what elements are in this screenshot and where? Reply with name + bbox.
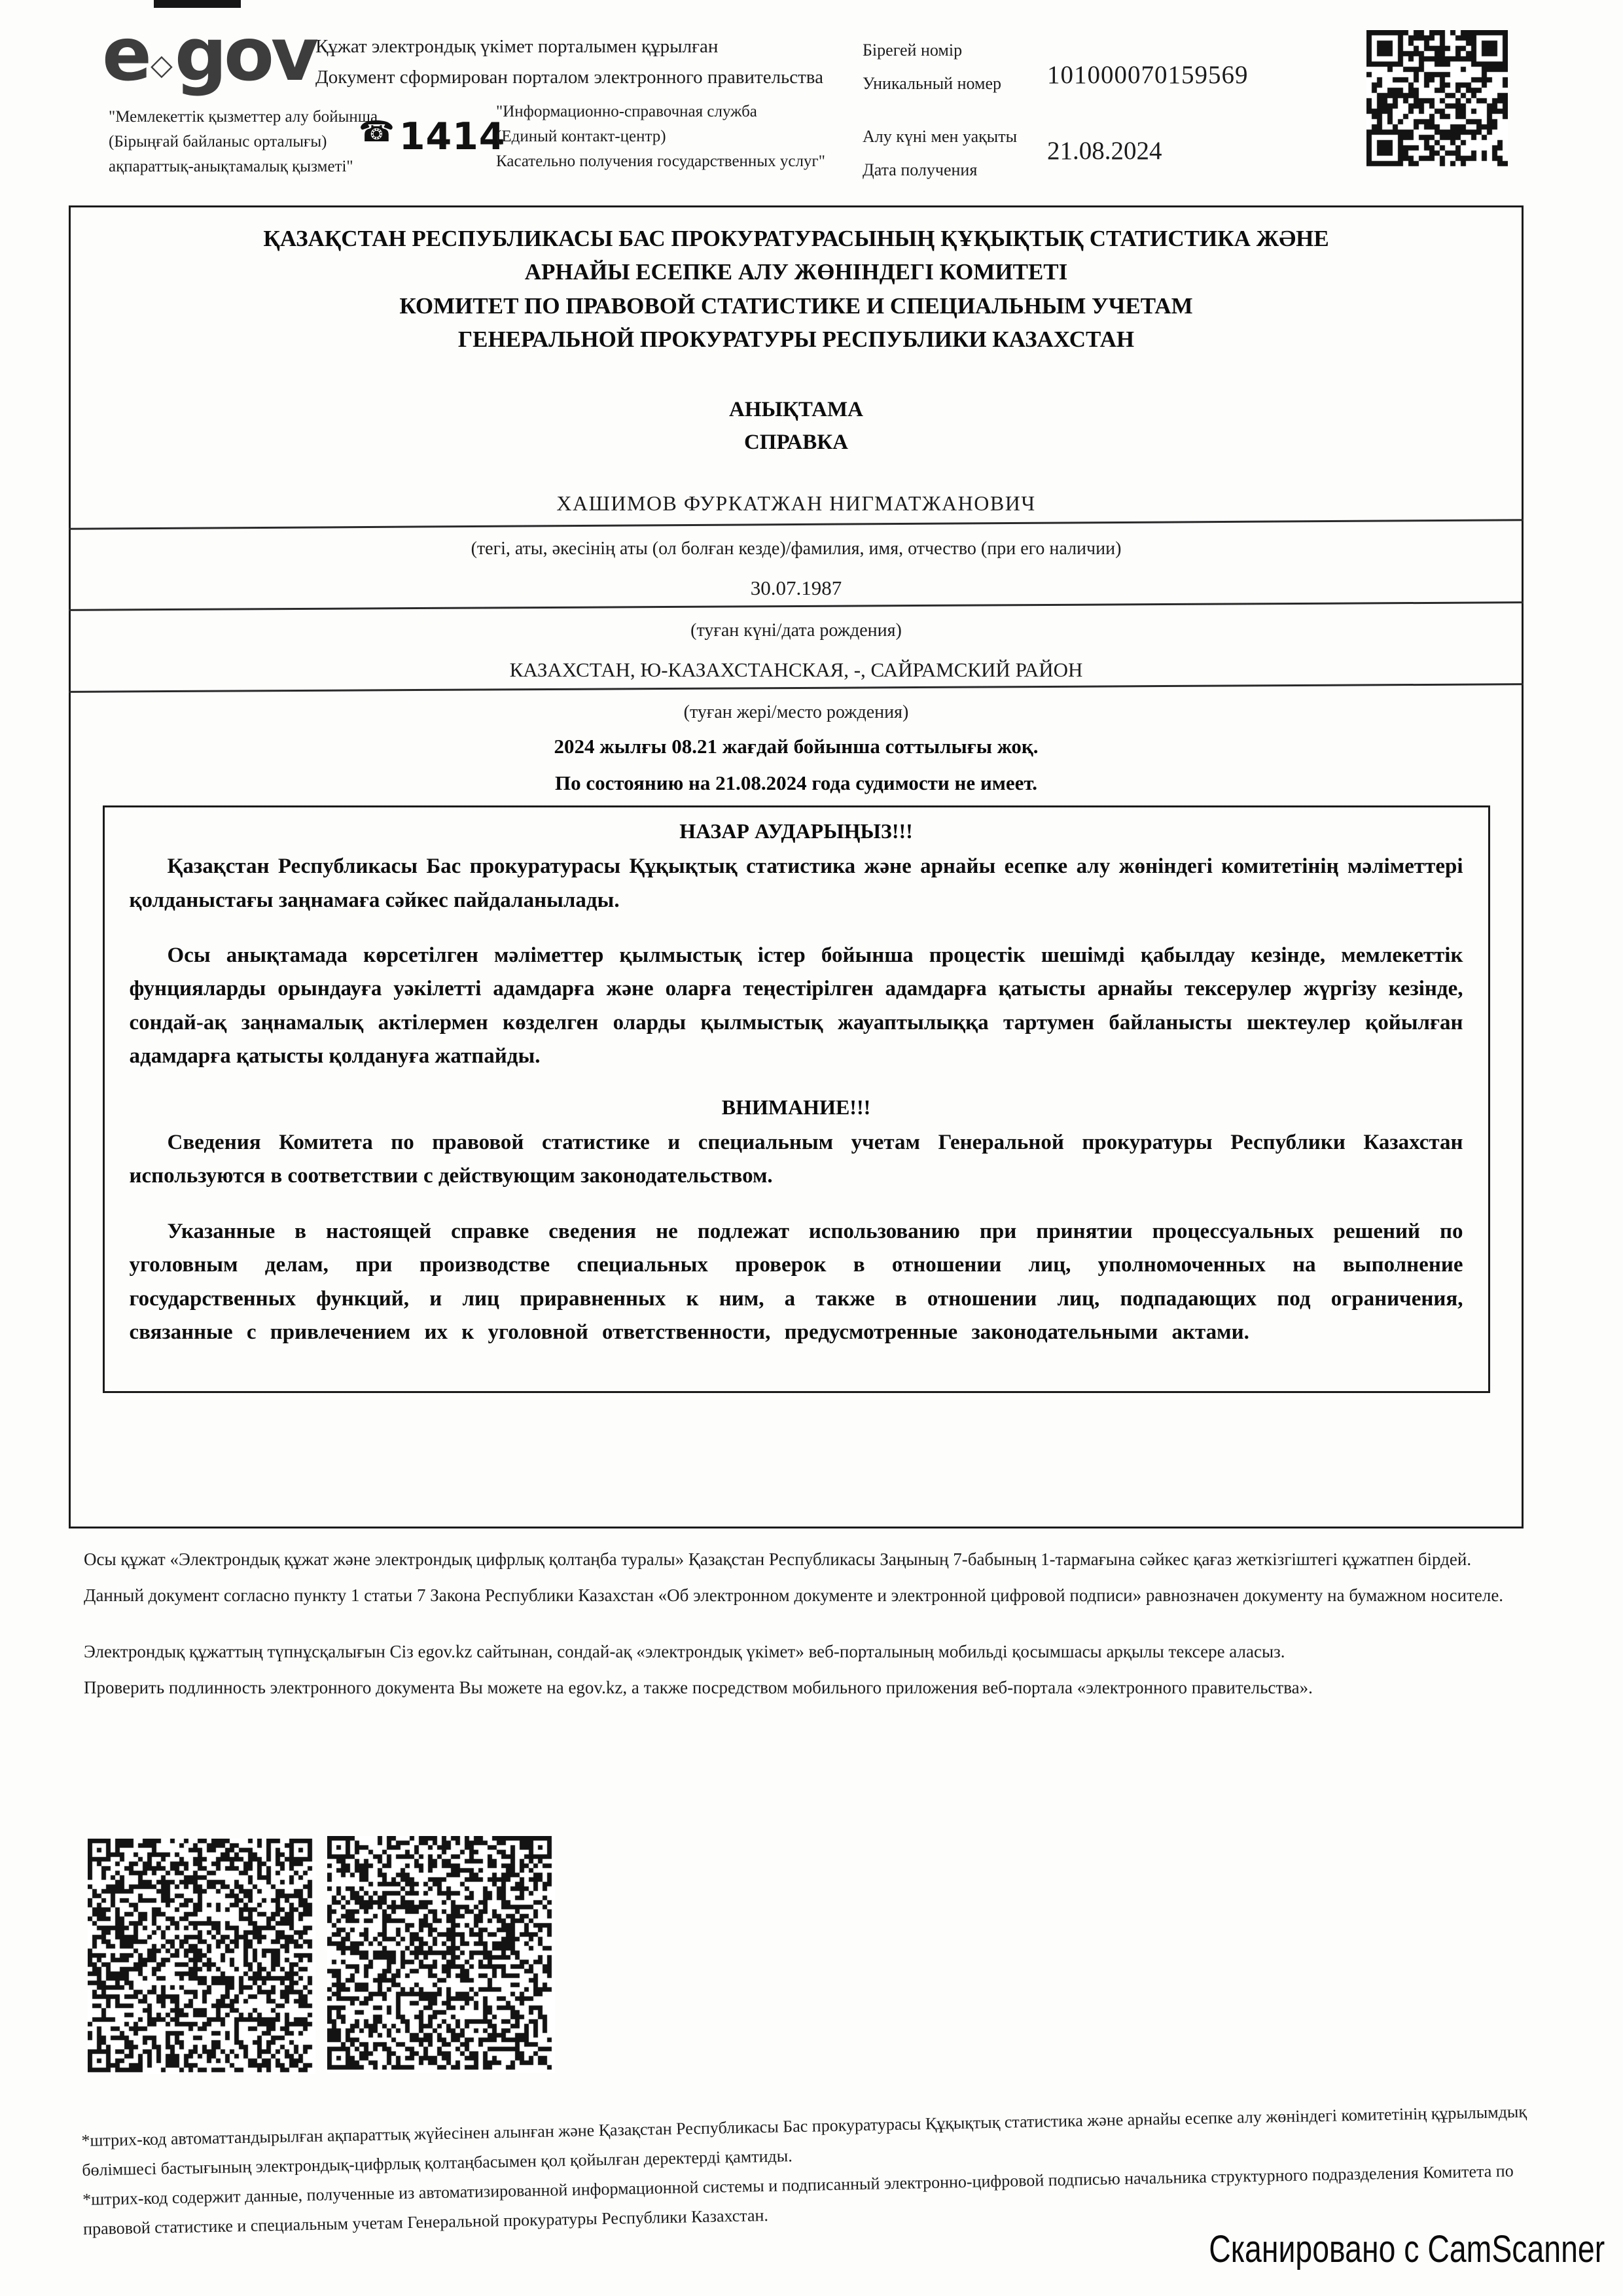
attention-paragraph-kk-1: Қазақстан Республикасы Бас прокуратурасы…: [130, 850, 1463, 917]
separator-rule: [69, 601, 1524, 611]
legal-verify-kk: Электрондық құжаттың түпнұсқалығын Сіз e…: [84, 1638, 1542, 1666]
attention-paragraph-ru-1: Сведения Комитета по правовой статистике…: [130, 1126, 1463, 1193]
receive-date-label: Алу күні мен уақыты Дата получения: [863, 120, 1017, 186]
egov-logo-gov: gov: [175, 12, 315, 97]
issuing-authority-title: ҚАЗАҚСТАН РЕСПУБЛИКАСЫ БАС ПРОКУРАТУРАСЫ…: [71, 222, 1522, 357]
unique-number-label: Бірегей номір Уникальный номер: [863, 34, 1001, 100]
person-full-name: ХАШИМОВ ФУРКАТЖАН НИГМАТЖАНОВИЧ: [71, 491, 1522, 516]
scanned-certificate-page: e◇gov Құжат электрондық үкімет порталыме…: [0, 0, 1623, 2296]
birth-date-caption: (туған күні/дата рождения): [71, 620, 1522, 641]
egov-logo: e◇gov: [102, 18, 315, 92]
attention-header-ru: ВНИМАНИЕ!!!: [130, 1095, 1463, 1120]
document-title: АНЫҚТАМА СПРАВКА: [71, 393, 1522, 459]
legal-verify-ru: Проверить подлинность электронного докум…: [84, 1674, 1542, 1702]
contact-phone: ☎1414: [359, 115, 505, 158]
attention-paragraph-ru-2: Указанные в настоящей справке сведения н…: [130, 1215, 1463, 1350]
portal-created-text: Құжат электрондық үкімет порталымен құры…: [315, 31, 878, 93]
legal-equivalence-kk: Осы құжат «Электрондық құжат және электр…: [84, 1545, 1542, 1574]
conviction-status-ru: По состоянию на 21.08.2024 года судимост…: [71, 771, 1522, 795]
egov-logo-e: e: [102, 12, 149, 97]
conviction-status-kk: 2024 жылғы 08.21 жағдай бойынша соттылығ…: [71, 735, 1522, 758]
egov-diamond-icon: ◇: [151, 51, 173, 80]
phone-icon: ☎: [359, 115, 395, 149]
attention-paragraph-kk-2: Осы анықтамада көрсетілген мәліметтер қы…: [130, 939, 1463, 1074]
camscanner-watermark: Сканировано с CamScanner: [1209, 2227, 1605, 2271]
legal-footer: Осы құжат «Электрондық құжат және электр…: [84, 1545, 1542, 1702]
certificate-border-box: ҚАЗАҚСТАН РЕСПУБЛИКАСЫ БАС ПРОКУРАТУРАСЫ…: [69, 205, 1524, 1528]
birth-place-caption: (туған жері/место рождения): [71, 702, 1522, 723]
qr-code: [1366, 30, 1508, 170]
unique-number-value: 101000070159569: [1047, 60, 1249, 90]
barcode-right-block: [327, 1836, 555, 2073]
scan-artifact: [154, 0, 241, 8]
attention-box: НАЗАР АУДАРЫҢЫЗ!!! Қазақстан Республикас…: [103, 805, 1490, 1393]
barcode-left-block: [88, 1839, 315, 2074]
separator-rule: [69, 683, 1524, 693]
separator-rule: [69, 519, 1524, 530]
receive-date-value: 21.08.2024: [1047, 136, 1162, 166]
birth-place-value: КАЗАХСТАН, Ю-КАЗАХСТАНСКАЯ, -, САЙРАМСКИ…: [71, 658, 1522, 682]
full-name-caption: (тегі, аты, әкесінің аты (ол болған кезд…: [71, 539, 1522, 559]
attention-header-kk: НАЗАР АУДАРЫҢЫЗ!!!: [130, 819, 1463, 843]
contact-center-label-ru: "Информационно-справочная служба (Единый…: [496, 99, 876, 174]
legal-equivalence-ru: Данный документ согласно пункту 1 статьи…: [84, 1581, 1542, 1610]
birth-date-value: 30.07.1987: [71, 576, 1522, 600]
barcode-footnotes: *штрих-код автоматтандырылған ақпараттық…: [81, 2097, 1556, 2244]
phone-number: 1414: [399, 115, 506, 158]
